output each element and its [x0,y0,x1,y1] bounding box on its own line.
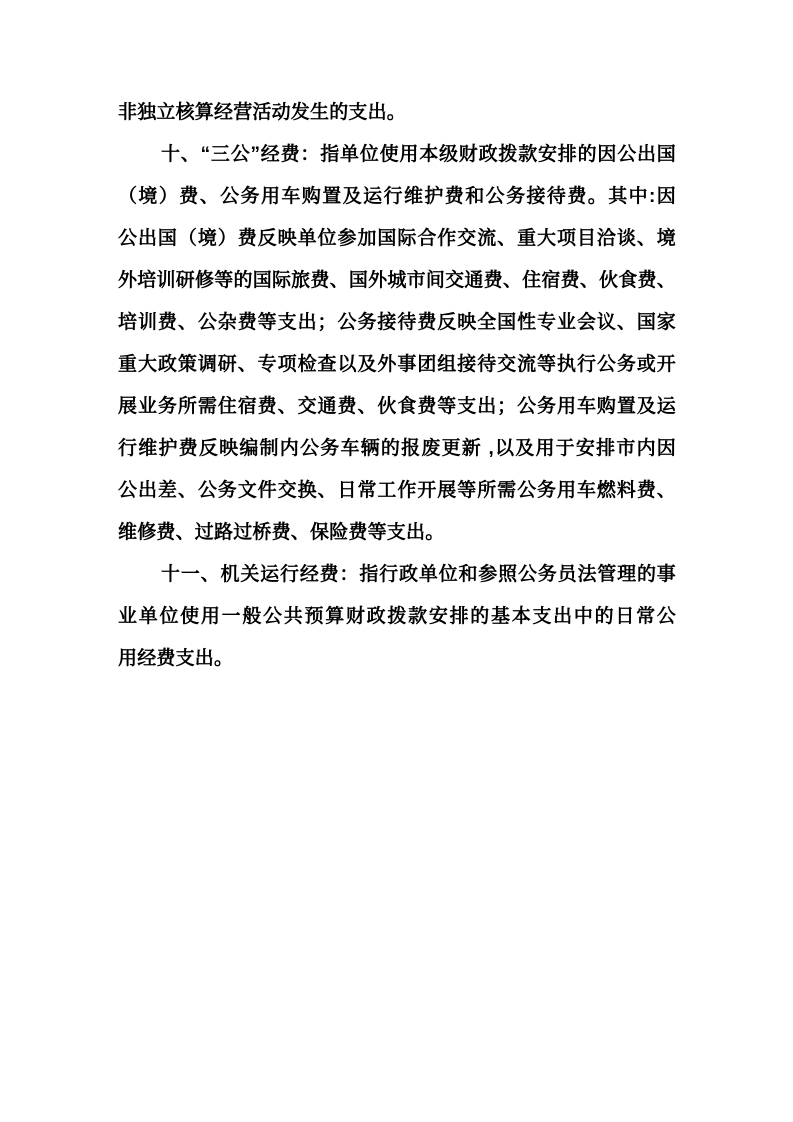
text-line: （境）费、公务用车购置及运行维护费和公务接待费。其中:因 [118,176,676,218]
text-line: 维修费、过路过桥费、保险费等支出。 [118,512,676,554]
text-line: 十一、机关运行经费：指行政单位和参照公务员法管理的事 [118,554,676,596]
text-line: 行维护费反映编制内公务车辆的报废更新 ,以及用于安排市内因 [118,428,676,470]
text-line: 外培训研修等的国际旅费、国外城市间交通费、住宿费、伙食费、 [118,260,676,302]
document-page: 非独立核算经营活动发生的支出。 十、“三公”经费：指单位使用本级财政拨款安排的因… [0,0,793,1122]
text-line: 培训费、公杂费等支出；公务接待费反映全国性专业会议、国家 [118,302,676,344]
text-block: 非独立核算经营活动发生的支出。 十、“三公”经费：指单位使用本级财政拨款安排的因… [118,92,676,680]
text-line: 公出国（境）费反映单位参加国际合作交流、重大项目洽谈、境 [118,218,676,260]
text-line: 用经费支出。 [118,638,676,680]
text-line: 重大政策调研、专项检查以及外事团组接待交流等执行公务或开 [118,344,676,386]
text-line: 展业务所需住宿费、交通费、伙食费等支出；公务用车购置及运 [118,386,676,428]
text-line: 业单位使用一般公共预算财政拨款安排的基本支出中的日常公 [118,596,676,638]
text-line: 非独立核算经营活动发生的支出。 [118,92,676,134]
text-line: 公出差、公务文件交换、日常工作开展等所需公务用车燃料费、 [118,470,676,512]
text-line: 十、“三公”经费：指单位使用本级财政拨款安排的因公出国 [118,134,676,176]
